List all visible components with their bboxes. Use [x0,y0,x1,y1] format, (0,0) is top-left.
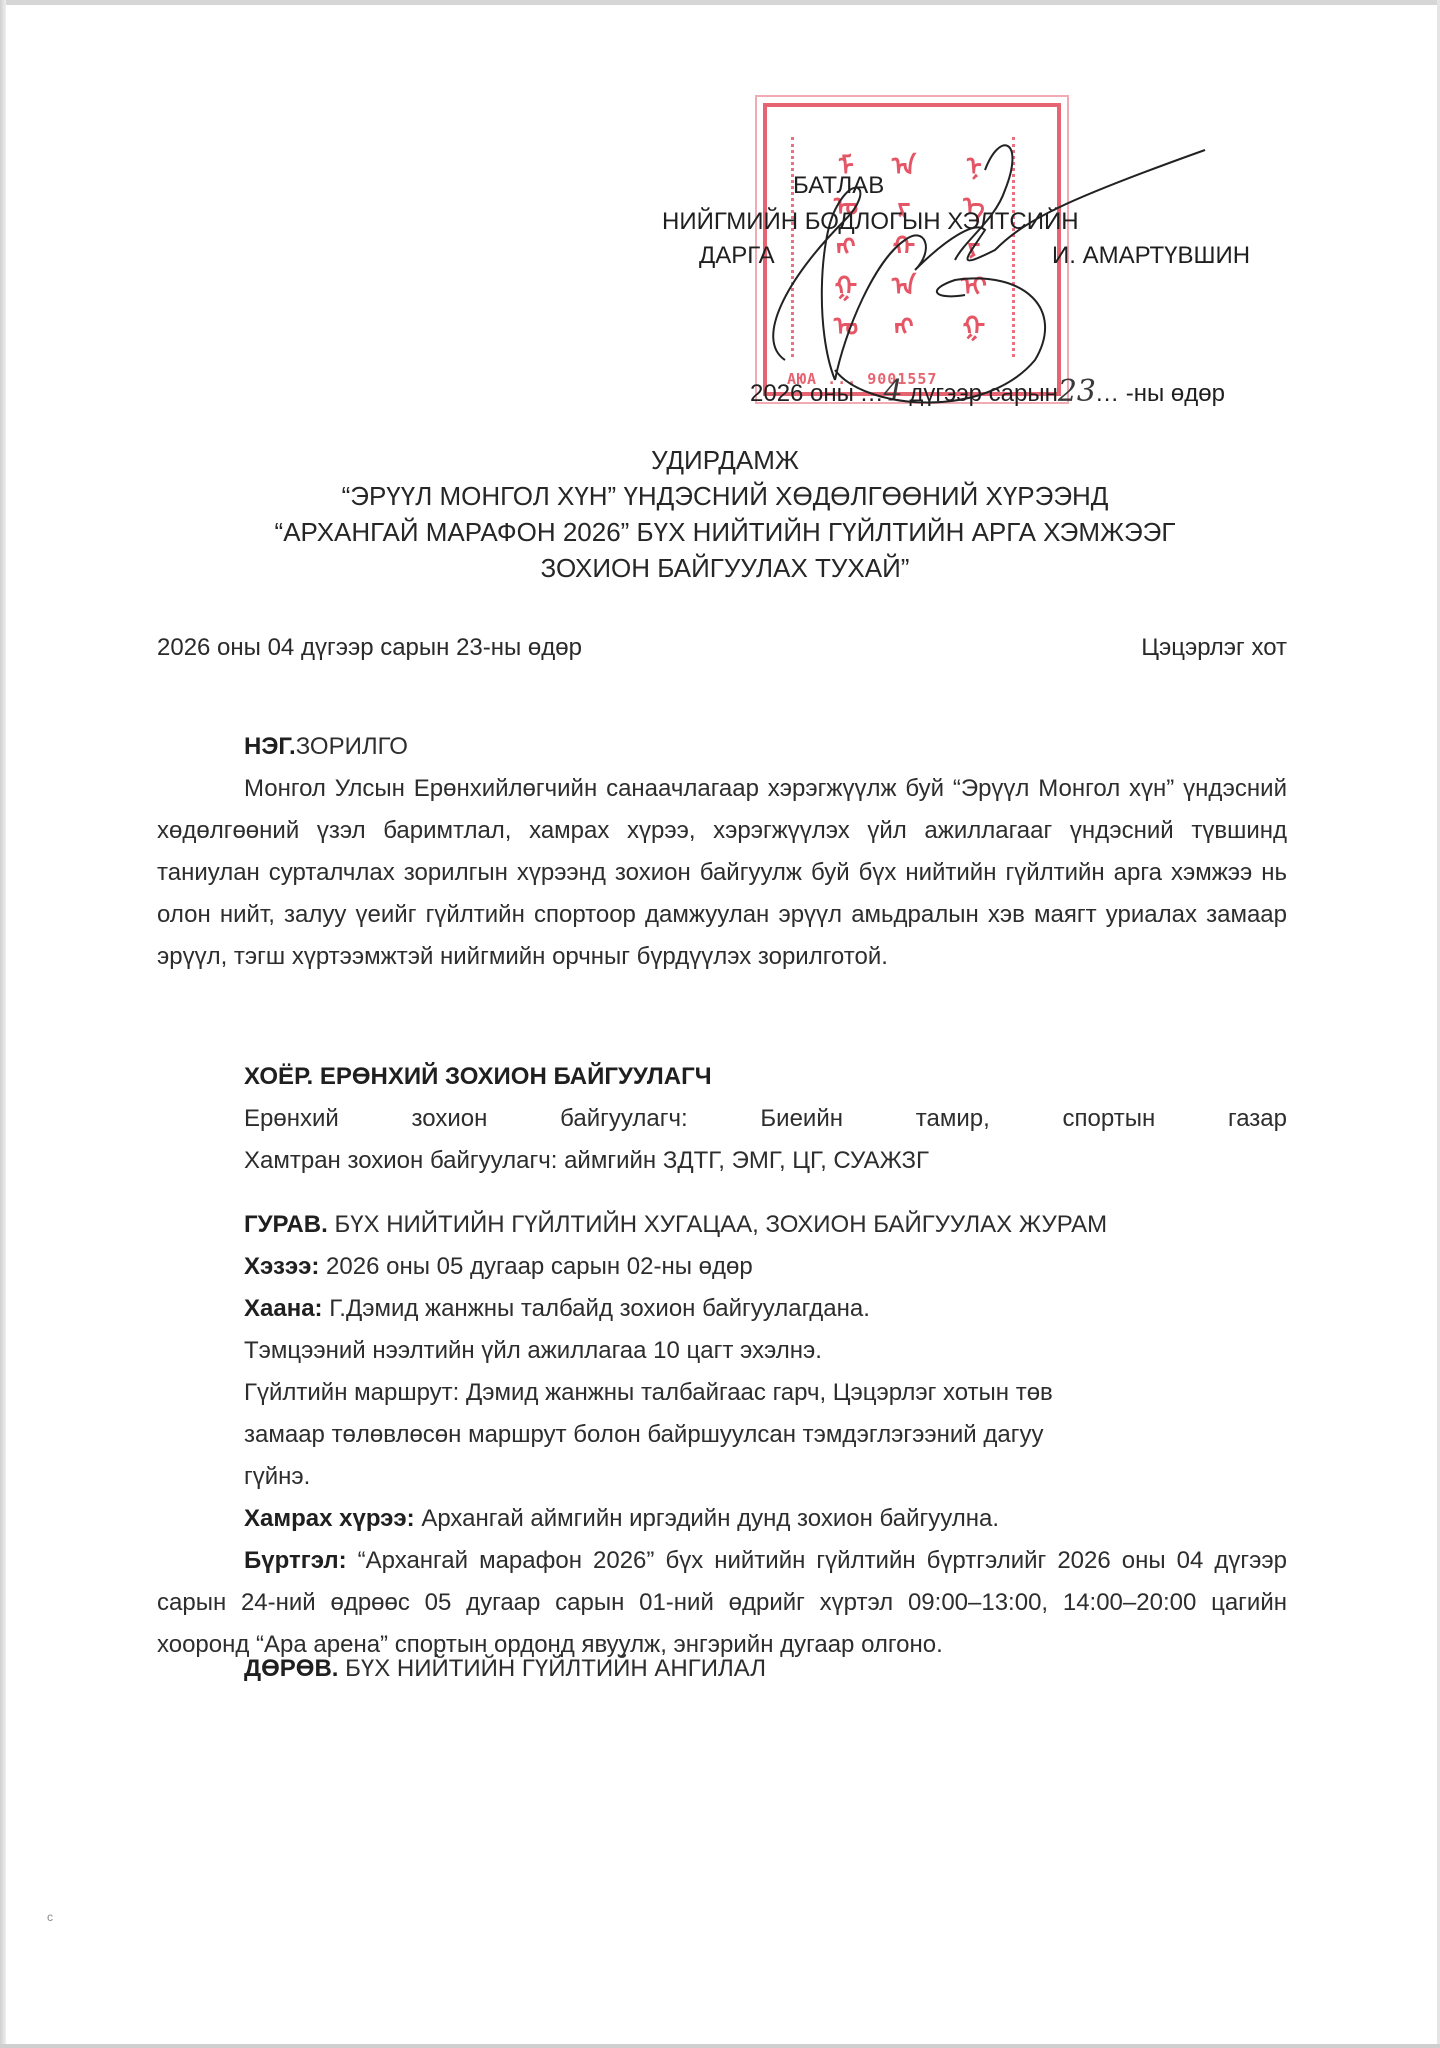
approval-name: И. АМАРТҮВШИН [1052,242,1250,270]
route-line-3: гүйнэ. [157,1456,1287,1498]
section-schedule: ГУРАВ. БҮХ НИЙТИЙН ГҮЙЛТИЙН ХУГАЦАА, ЗОХ… [157,1204,1287,1666]
margin-mark: c [47,1910,53,1924]
approval-date: 2026 оны ...4 дүгээр сарын23... -ны өдөр [750,374,1225,409]
title-line-2: “АРХАНГАЙ МАРАФОН 2026” БҮХ НИЙТИЙН ГҮЙЛ… [160,514,1290,550]
handwritten-day: 23 [1058,374,1096,409]
stamp-mongol-script-2: ᠠᠷᠬᠠᠩ [887,147,921,347]
stamp-mongol-script-3: ᠨᠡᠶᠢᠭ [957,147,991,347]
scan-edge-top [0,0,1440,5]
co-organizers: Хамтран зохион байгуулагч: аймгийн ЗДТГ,… [157,1140,1287,1182]
stamp-column-left [791,137,820,357]
section-heading: НЭГ.ЗОРИЛГО [157,726,1287,768]
title-line-1: “ЭРҮҮЛ МОНГОЛ ХҮН” ҮНДЭСНИЙ ХӨДӨЛГӨӨНИЙ … [160,478,1290,514]
section-organizers: ХОЁР. ЕРӨНХИЙ ЗОХИОН БАЙГУУЛАГЧ Ерөнхий … [157,1056,1287,1182]
handwritten-month: 4 [884,374,903,409]
section-purpose: НЭГ.ЗОРИЛГО Монгол Улсын Ерөнхийлөгчийн … [157,726,1287,978]
when-line: Хэзээ: 2026 оны 05 дугаар сарын 02-ны өд… [157,1246,1287,1288]
scan-edge-bottom [0,2044,1440,2048]
main-organizer: Ерөнхий зохион байгуулагч: Биеийн тамир,… [244,1098,1287,1140]
official-stamp: ᠮᠣᠩᠭᠣ ᠠᠷᠬᠠᠩ ᠨᠡᠶᠢᠭ АЮА ... 9001557 [763,103,1061,396]
document-title: УДИРДАМЖ “ЭРҮҮЛ МОНГОЛ ХҮН” ҮНДЭСНИЙ ХӨД… [160,442,1290,586]
document-place: Цэцэрлэг хот [1141,634,1287,662]
scan-edge-left [0,0,6,2048]
route-line-1: Гүйлтийн маршрут: Дэмид жанжны талбайгаа… [157,1372,1287,1414]
document-meta: 2026 оны 04 дүгээр сарын 23-ны өдөр Цэцэ… [157,634,1287,662]
where-line: Хаана: Г.Дэмид жанжны талбайд зохион бай… [157,1288,1287,1330]
section-heading: ГУРАВ. БҮХ НИЙТИЙН ГҮЙЛТИЙН ХУГАЦАА, ЗОХ… [157,1204,1287,1246]
section-heading: ДӨРӨВ. БҮХ НИЙТИЙН ГҮЙЛТИЙН АНГИЛАЛ [157,1648,1287,1690]
document-type: УДИРДАМЖ [160,442,1290,478]
scope-line: Хамрах хүрээ: Архангай аймгийн иргэдийн … [157,1498,1287,1540]
route-line-2: замаар төлөвлөсөн маршрут болон байршуул… [157,1414,1287,1456]
approval-role: ДАРГА [699,242,775,270]
opening-line: Тэмцээний нээлтийн үйл ажиллагаа 10 цагт… [157,1330,1287,1372]
document-date: 2026 оны 04 дүгээр сарын 23-ны өдөр [157,634,582,662]
approval-organization: НИЙГМИЙН БОДЛОГЫН ХЭЛТСИЙН [662,208,1079,236]
section-categories: ДӨРӨВ. БҮХ НИЙТИЙН ГҮЙЛТИЙН АНГИЛАЛ [157,1648,1287,1690]
title-line-3: ЗОХИОН БАЙГУУЛАХ ТУХАЙ” [160,550,1290,586]
section-paragraph: Монгол Улсын Ерөнхийлөгчийн санаачлагаар… [157,768,1287,978]
section-heading: ХОЁР. ЕРӨНХИЙ ЗОХИОН БАЙГУУЛАГЧ [157,1056,1287,1098]
stamp-column-right [1012,137,1041,357]
approval-title: БАТЛАВ [793,172,884,200]
